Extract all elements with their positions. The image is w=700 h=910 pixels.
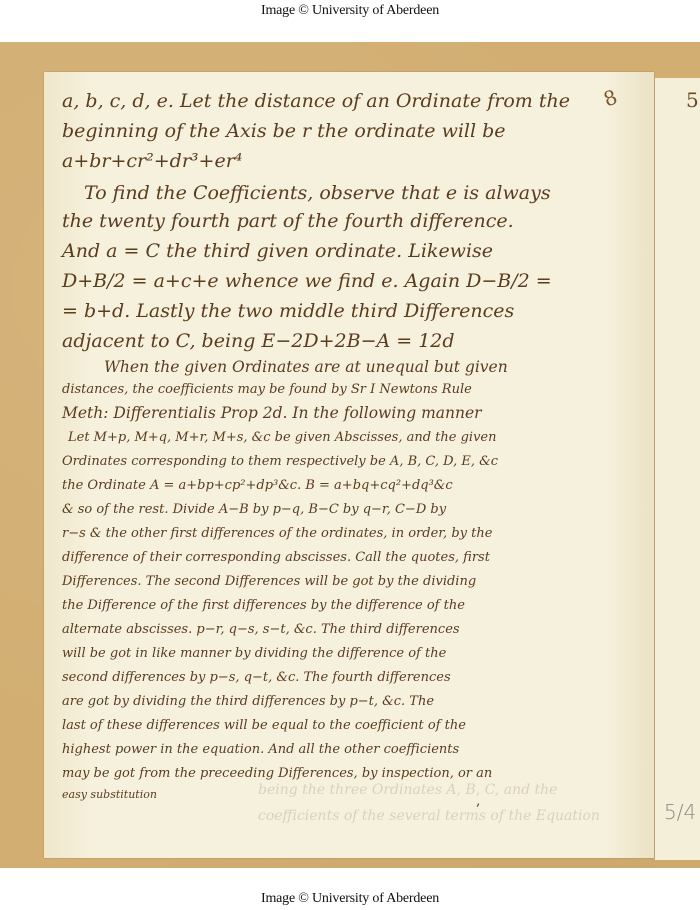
text-line-17: r−s & the other first differences of the… (62, 526, 492, 541)
text-line-7: D+B/2 = a+c+e whence we find e. Again D−… (62, 270, 552, 292)
text-line-8: = b+d. Lastly the two middle third Diffe… (62, 300, 514, 322)
text-line-6: And a = C the third given ordinate. Like… (62, 240, 493, 262)
text-line-21: alternate abscisses. p−r, q−s, s−t, &c. … (62, 622, 460, 637)
text-line-2: beginning of the Axis be r the ordinate … (62, 120, 506, 142)
text-line-24: are got by dividing the third difference… (62, 694, 434, 709)
text-line-22: will be got in like manner by dividing t… (62, 646, 446, 661)
text-line-19: Differences. The second Differences will… (62, 574, 476, 589)
text-line-1: a, b, c, d, e. Let the distance of an Or… (62, 90, 570, 112)
ink-spot: , (476, 793, 480, 809)
text-line-26: highest power in the equation. And all t… (62, 742, 459, 757)
text-line-13: Let M+p, M+q, M+r, M+s, &c be given Absc… (68, 430, 497, 445)
text-line-15: the Ordinate A = a+bp+cp²+dp³&c. B = a+b… (62, 478, 453, 493)
text-line-12: Meth: Differentialis Prop 2d. In the fol… (62, 404, 482, 422)
image-credit-top: Image © University of Aberdeen (0, 3, 700, 19)
show-through-text-1: being the three Ordinates A, B, C, and t… (258, 782, 557, 798)
text-line-27: may be got from the preceeding Differenc… (62, 766, 492, 781)
show-through-text-2: coefficients of the several terms of the… (258, 808, 600, 824)
text-line-25: last of these differences will be equal … (62, 718, 466, 733)
text-line-23: second differences by p−s, q−t, &c. The … (62, 670, 451, 685)
image-credit-bottom: Image © University of Aberdeen (0, 891, 700, 907)
text-line-18: difference of their corresponding abscis… (62, 550, 490, 565)
text-line-10: When the given Ordinates are at unequal … (104, 358, 508, 376)
text-line-16: & so of the rest. Divide A−B by p−q, B−C… (62, 502, 446, 517)
text-line-11: distances, the coefficients may be found… (62, 382, 472, 397)
adjacent-folio-number: 5 (686, 88, 699, 112)
text-line-4: To find the Coefficients, observe that e… (84, 182, 551, 204)
text-line-20: the Difference of the first differences … (62, 598, 465, 613)
text-line-14: Ordinates corresponding to them respecti… (62, 454, 498, 469)
text-line-9: adjacent to C, being E−2D+2B−A = 12d (62, 330, 455, 352)
adjacent-page-edge (654, 78, 700, 860)
text-line-3: a+br+cr²+dr³+er⁴ (62, 150, 242, 172)
text-line-28: easy substitution (62, 788, 157, 801)
shelfmark: 5/4 (664, 800, 696, 824)
text-line-5: the twenty fourth part of the fourth dif… (62, 210, 514, 232)
